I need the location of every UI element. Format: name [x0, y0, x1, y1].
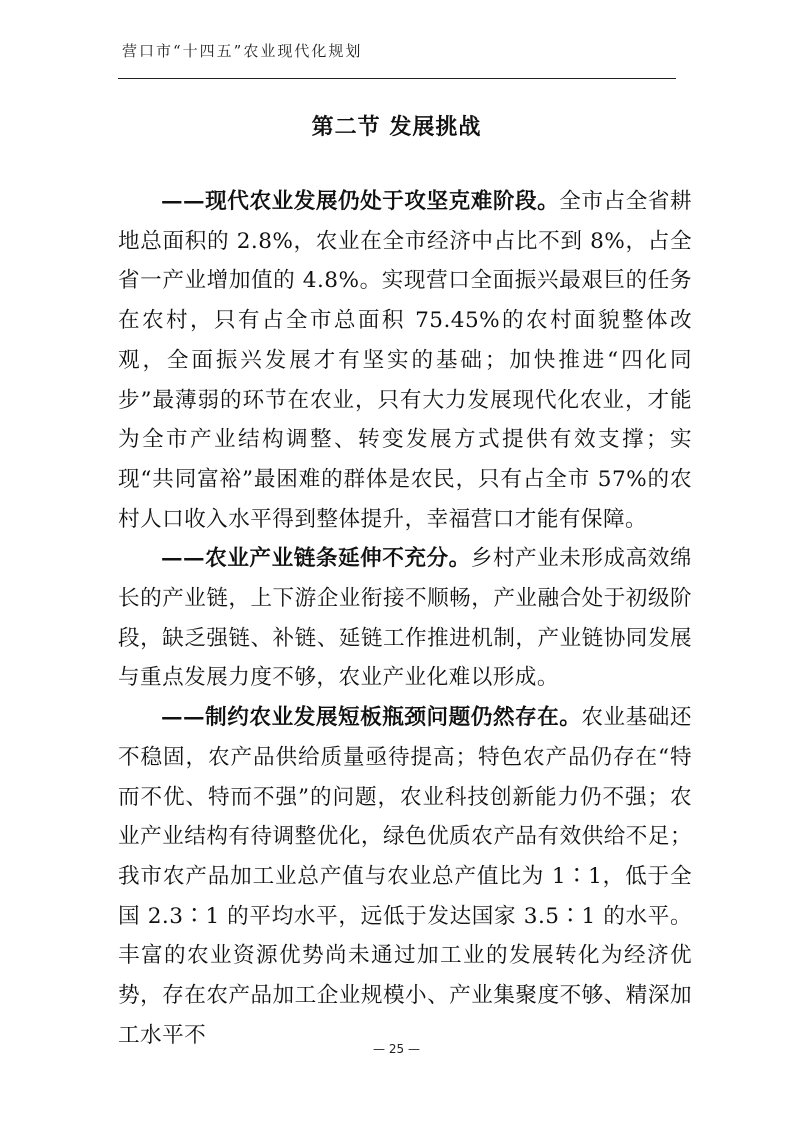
paragraph-lead: ——现代农业发展仍处于攻坚克难阶段。 [161, 189, 559, 214]
paragraph-bottlenecks: ——制约农业发展短板瓶颈问题仍然存在。农业基础还不稳固，农产品供给质量亟待提高；… [118, 698, 692, 1055]
paragraph-lead: ——制约农业发展短板瓶颈问题仍然存在。 [161, 705, 581, 730]
page-number: — 25 — [0, 1042, 793, 1056]
header-rule [118, 78, 676, 79]
paragraph-modern-agriculture: ——现代农业发展仍处于攻坚克难阶段。全市占全省耕地总面积的 2.8%，农业在全市… [118, 182, 692, 539]
running-header: 营口市“十四五”农业现代化规划 [122, 40, 362, 61]
paragraph-lead: ——农业产业链条延伸不充分。 [161, 546, 471, 571]
paragraph-text: 农业基础还不稳固，农产品供给质量亟待提高；特色农产品仍存在“特而不优、特而不强”… [118, 705, 692, 1048]
document-body: ——现代农业发展仍处于攻坚克难阶段。全市占全省耕地总面积的 2.8%，农业在全市… [118, 182, 692, 1055]
paragraph-industry-chain: ——农业产业链条延伸不充分。乡村产业未形成高效绵长的产业链，上下游企业衔接不顺畅… [118, 539, 692, 698]
paragraph-text: 全市占全省耕地总面积的 2.8%，农业在全市经济中占比不到 8%，占全省一产业增… [118, 189, 692, 532]
section-title: 第二节 发展挑战 [0, 110, 793, 141]
